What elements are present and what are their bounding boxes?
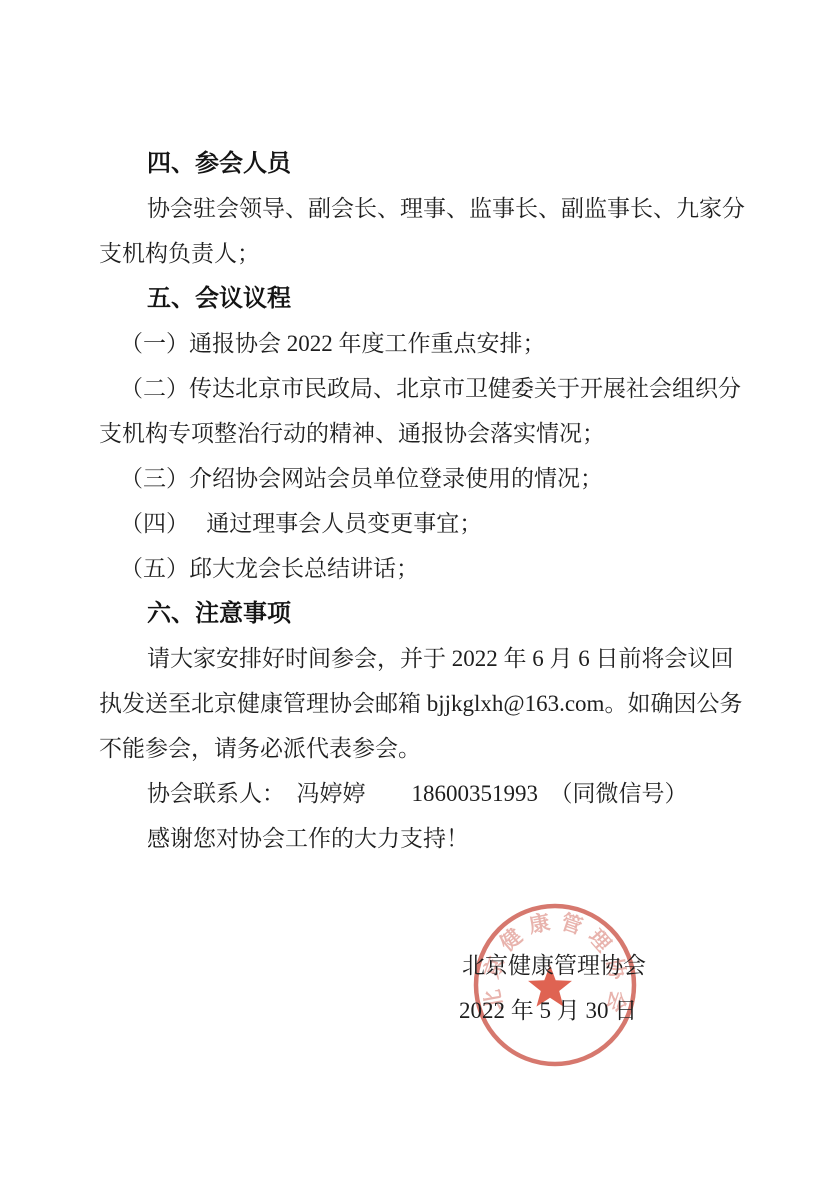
agenda-item-4: （四） 通过理事会人员变更事宜； — [99, 501, 759, 546]
section-heading-4: 四、参会人员 — [99, 141, 759, 186]
agenda-item-3: （三）介绍协会网站会员单位登录使用的情况； — [99, 456, 759, 501]
paragraph-attendees-line1: 协会驻会领导、副会长、理事、监事长、副监事长、九家分 — [99, 186, 759, 231]
paragraph-attendees-line2: 支机构负责人； — [99, 231, 759, 276]
agenda-item-5: （五）邱大龙会长总结讲话； — [99, 546, 759, 591]
agenda-item-2-line2: 支机构专项整治行动的精神、通报协会落实情况； — [99, 411, 759, 456]
agenda-item-2-line1: （二）传达北京市民政局、北京市卫健委关于开展社会组织分 — [99, 366, 759, 411]
paragraph-notes-line1: 请大家安排好时间参会，并于 2022 年 6 月 6 日前将会议回 — [99, 636, 759, 681]
thanks-line: 感谢您对协会工作的大力支持！ — [99, 816, 759, 861]
document-page: 四、参会人员协会驻会领导、副会长、理事、监事长、副监事长、九家分支机构负责人；五… — [0, 0, 840, 1187]
signature-organization: 北京健康管理协会 — [462, 943, 646, 988]
section-heading-5: 五、会议议程 — [99, 276, 759, 321]
contact-line: 协会联系人： 冯婷婷 18600351993 （同微信号） — [99, 771, 759, 816]
paragraph-notes-line3: 不能参会，请务必派代表参会。 — [99, 726, 759, 771]
signature-date: 2022 年 5 月 30 日 — [459, 988, 637, 1033]
section-heading-6: 六、注意事项 — [99, 591, 759, 636]
notice-document: 四、参会人员协会驻会领导、副会长、理事、监事长、副监事长、九家分支机构负责人；五… — [99, 141, 759, 861]
paragraph-notes-line2: 执发送至北京健康管理协会邮箱 bjjkglxh@163.com。如确因公务 — [99, 681, 759, 726]
agenda-item-1: （一）通报协会 2022 年度工作重点安排； — [99, 321, 759, 366]
